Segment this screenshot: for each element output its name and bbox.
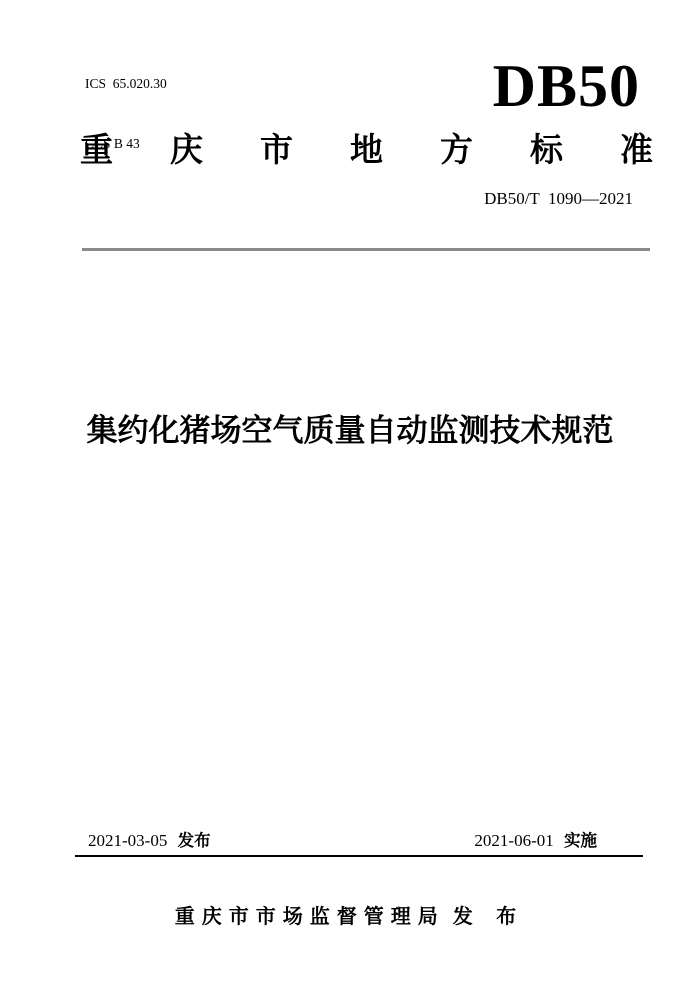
ics-code: ICS 65.020.30 — [85, 74, 167, 94]
standard-name-char: 方 — [440, 132, 473, 168]
standard-name-char: 准 — [620, 132, 653, 168]
publisher-name: 重庆市市场监督管理局 — [175, 906, 445, 928]
date-row: 2021-03-05 发布 2021-06-01 实施 — [75, 829, 643, 857]
classification-codes: ICS 65.020.30 CCS B 43 — [85, 34, 167, 194]
standard-logo: DB50 — [493, 56, 640, 116]
standard-name-char: 重 — [80, 132, 113, 168]
document-page: ICS 65.020.30 CCS B 43 DB50 重 庆 市 地 方 标 … — [0, 0, 700, 990]
standard-name-char: 地 — [350, 132, 383, 168]
implementation-label: 实施 — [564, 832, 597, 850]
issue-label: 发布 — [178, 832, 211, 850]
standard-name-char: 庆 — [170, 132, 203, 168]
header-divider-rule — [82, 248, 650, 251]
publish-label: 发 布 — [453, 906, 526, 928]
document-number: DB50/T 1090—2021 — [484, 189, 633, 209]
standard-name: 重 庆 市 地 方 标 准 — [80, 132, 653, 168]
implementation-date: 2021-06-01 — [474, 831, 553, 850]
issue-date-group: 2021-03-05 发布 — [88, 827, 211, 851]
standard-name-char: 标 — [530, 132, 563, 168]
publisher-row: 重庆市市场监督管理局发 布 — [0, 905, 700, 929]
issue-date: 2021-03-05 — [88, 831, 167, 850]
standard-name-char: 市 — [260, 132, 293, 168]
document-title: 集约化猪场空气质量自动监测技术规范 — [0, 412, 700, 450]
implementation-date-group: 2021-06-01 实施 — [474, 827, 597, 851]
